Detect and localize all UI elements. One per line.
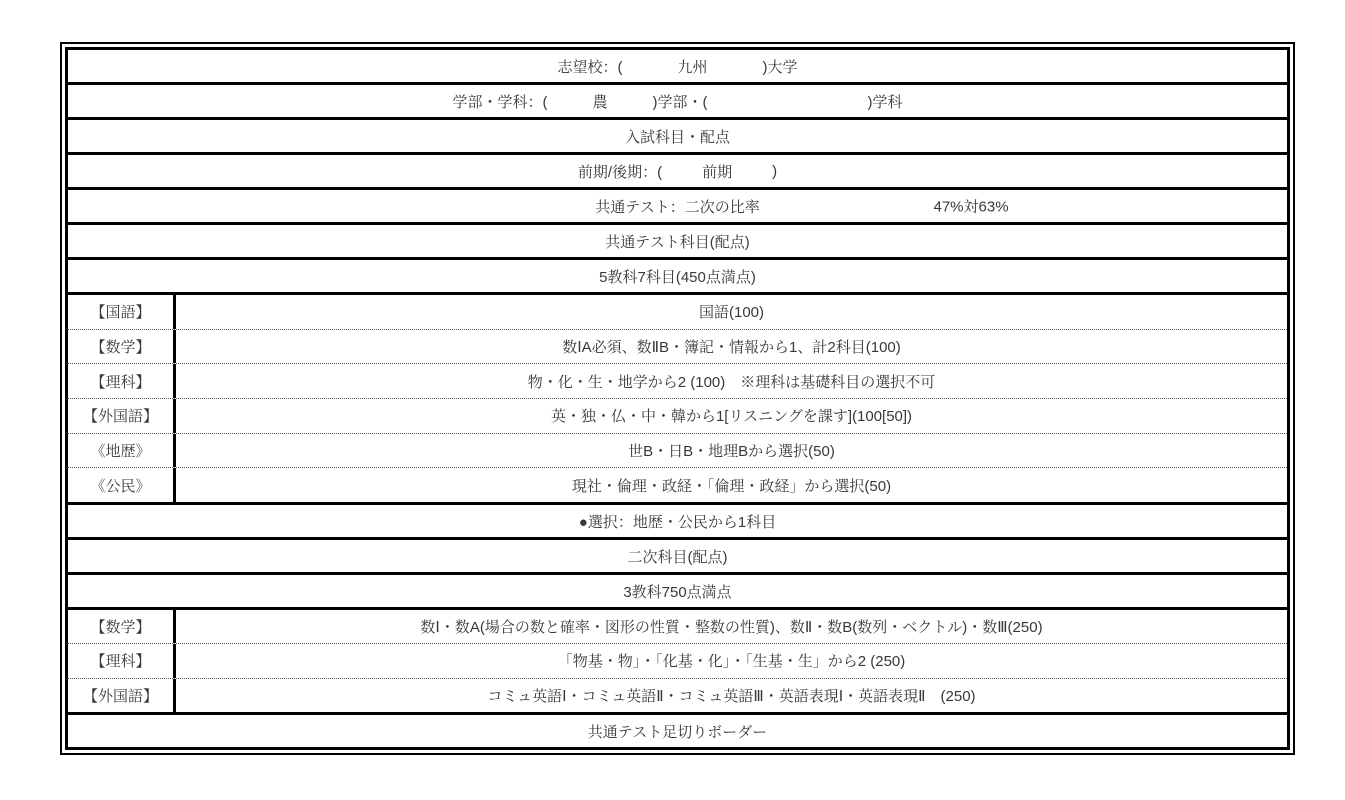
kyotsu-title: 共通テスト科目(配点) xyxy=(605,231,749,252)
subject-detail: 英・独・仏・中・韓から1[リスニングを課す](100[50]) xyxy=(176,399,1287,433)
subject-detail: コミュ英語Ⅰ・コミュ英語Ⅱ・コミュ英語Ⅲ・英語表現Ⅰ・英語表現Ⅱ (250) xyxy=(176,679,1287,712)
row-ratio: 共通テスト：二次の比率 47%対63% xyxy=(65,187,1290,225)
faculty-prefix: 学部・学科：( xyxy=(452,91,547,112)
niji-title: 二次科目(配点) xyxy=(628,546,728,567)
ratio-value: 47%対63% xyxy=(933,196,1008,217)
subject-label: 【理科】 xyxy=(68,644,176,677)
school-suffix: )大学 xyxy=(763,56,798,77)
kyotsu-subjects-block: 【国語】 国語(100) 【数学】 数ⅠA必須、数ⅡB・簿記・情報から1、計2科… xyxy=(65,292,1290,505)
subject-label: 《地歴》 xyxy=(68,434,176,468)
subject-detail: 国語(100) xyxy=(176,295,1287,329)
term-value: 前期 xyxy=(662,161,772,182)
subject-detail: 数Ⅰ・数A(場合の数と確率・図形の性質・整数の性質)、数Ⅱ・数B(数列・ベクトル… xyxy=(176,610,1287,643)
kyotsu-summary: 5教科7科目(450点満点) xyxy=(599,266,756,287)
row-niji-summary: 3教科750点満点 xyxy=(65,572,1290,610)
subject-row: 【数学】 数Ⅰ・数A(場合の数と確率・図形の性質・整数の性質)、数Ⅱ・数B(数列… xyxy=(68,610,1287,644)
row-section-title: 入試科目・配点 xyxy=(65,117,1290,155)
subject-row: 【外国語】 英・独・仏・中・韓から1[リスニングを課す](100[50]) xyxy=(68,399,1287,434)
subject-row: 【理科】 物・化・生・地学から2 (100) ※理科は基礎科目の選択不可 xyxy=(68,364,1287,399)
subject-detail: 「物基・物」・「化基・化」・「生基・生」から2 (250) xyxy=(176,644,1287,677)
subject-row: 《地歴》 世B・日B・地理Bから選択(50) xyxy=(68,434,1287,469)
row-niji-title: 二次科目(配点) xyxy=(65,537,1290,575)
subject-row: 【外国語】 コミュ英語Ⅰ・コミュ英語Ⅱ・コミュ英語Ⅲ・英語表現Ⅰ・英語表現Ⅱ (… xyxy=(68,679,1287,712)
faculty-value: 農 xyxy=(547,91,652,112)
subject-row: 《公民》 現社・倫理・政経・「倫理・政経」から選択(50) xyxy=(68,468,1287,502)
faculty-mid: )学部・( xyxy=(653,91,708,112)
subject-row: 【国語】 国語(100) xyxy=(68,295,1287,330)
subject-label: 【国語】 xyxy=(68,295,176,329)
exam-info-table: 志望校：(九州)大学 学部・学科：(農)学部・()学科 入試科目・配点 前期/後… xyxy=(60,42,1295,755)
school-value: 九州 xyxy=(622,56,762,77)
term-suffix: ) xyxy=(772,163,777,180)
term-prefix: 前期/後期：( xyxy=(578,161,662,182)
subject-label: 【数学】 xyxy=(68,330,176,364)
row-faculty: 学部・学科：(農)学部・()学科 xyxy=(65,82,1290,120)
subject-row: 【理科】 「物基・物」・「化基・化」・「生基・生」から2 (250) xyxy=(68,644,1287,678)
subject-row: 【数学】 数ⅠA必須、数ⅡB・簿記・情報から1、計2科目(100) xyxy=(68,330,1287,365)
row-school: 志望校：(九州)大学 xyxy=(65,47,1290,85)
subject-detail: 世B・日B・地理Bから選択(50) xyxy=(176,434,1287,468)
subject-label: 【外国語】 xyxy=(68,679,176,712)
section-title: 入試科目・配点 xyxy=(625,126,730,147)
row-kyotsu-title: 共通テスト科目(配点) xyxy=(65,222,1290,260)
row-cutoff: 共通テスト足切りボーダー xyxy=(65,712,1290,750)
row-kyotsu-summary: 5教科7科目(450点満点) xyxy=(65,257,1290,295)
subject-label: 《公民》 xyxy=(68,468,176,502)
cutoff-title: 共通テスト足切りボーダー xyxy=(588,721,767,742)
niji-summary: 3教科750点満点 xyxy=(623,581,731,602)
row-term: 前期/後期：(前期) xyxy=(65,152,1290,190)
subject-label: 【理科】 xyxy=(68,364,176,398)
faculty-suffix: )学科 xyxy=(868,91,903,112)
subject-detail: 物・化・生・地学から2 (100) ※理科は基礎科目の選択不可 xyxy=(176,364,1287,398)
subject-detail: 現社・倫理・政経・「倫理・政経」から選択(50) xyxy=(176,468,1287,502)
row-selection-note: ●選択：地歴・公民から1科目 xyxy=(65,502,1290,540)
school-prefix: 志望校：( xyxy=(557,56,622,77)
subject-label: 【外国語】 xyxy=(68,399,176,433)
niji-subjects-block: 【数学】 数Ⅰ・数A(場合の数と確率・図形の性質・整数の性質)、数Ⅱ・数B(数列… xyxy=(65,607,1290,715)
selection-note: ●選択：地歴・公民から1科目 xyxy=(579,511,776,532)
subject-detail: 数ⅠA必須、数ⅡB・簿記・情報から1、計2科目(100) xyxy=(176,330,1287,364)
subject-label: 【数学】 xyxy=(68,610,176,643)
ratio-label: 共通テスト：二次の比率 xyxy=(595,196,759,217)
